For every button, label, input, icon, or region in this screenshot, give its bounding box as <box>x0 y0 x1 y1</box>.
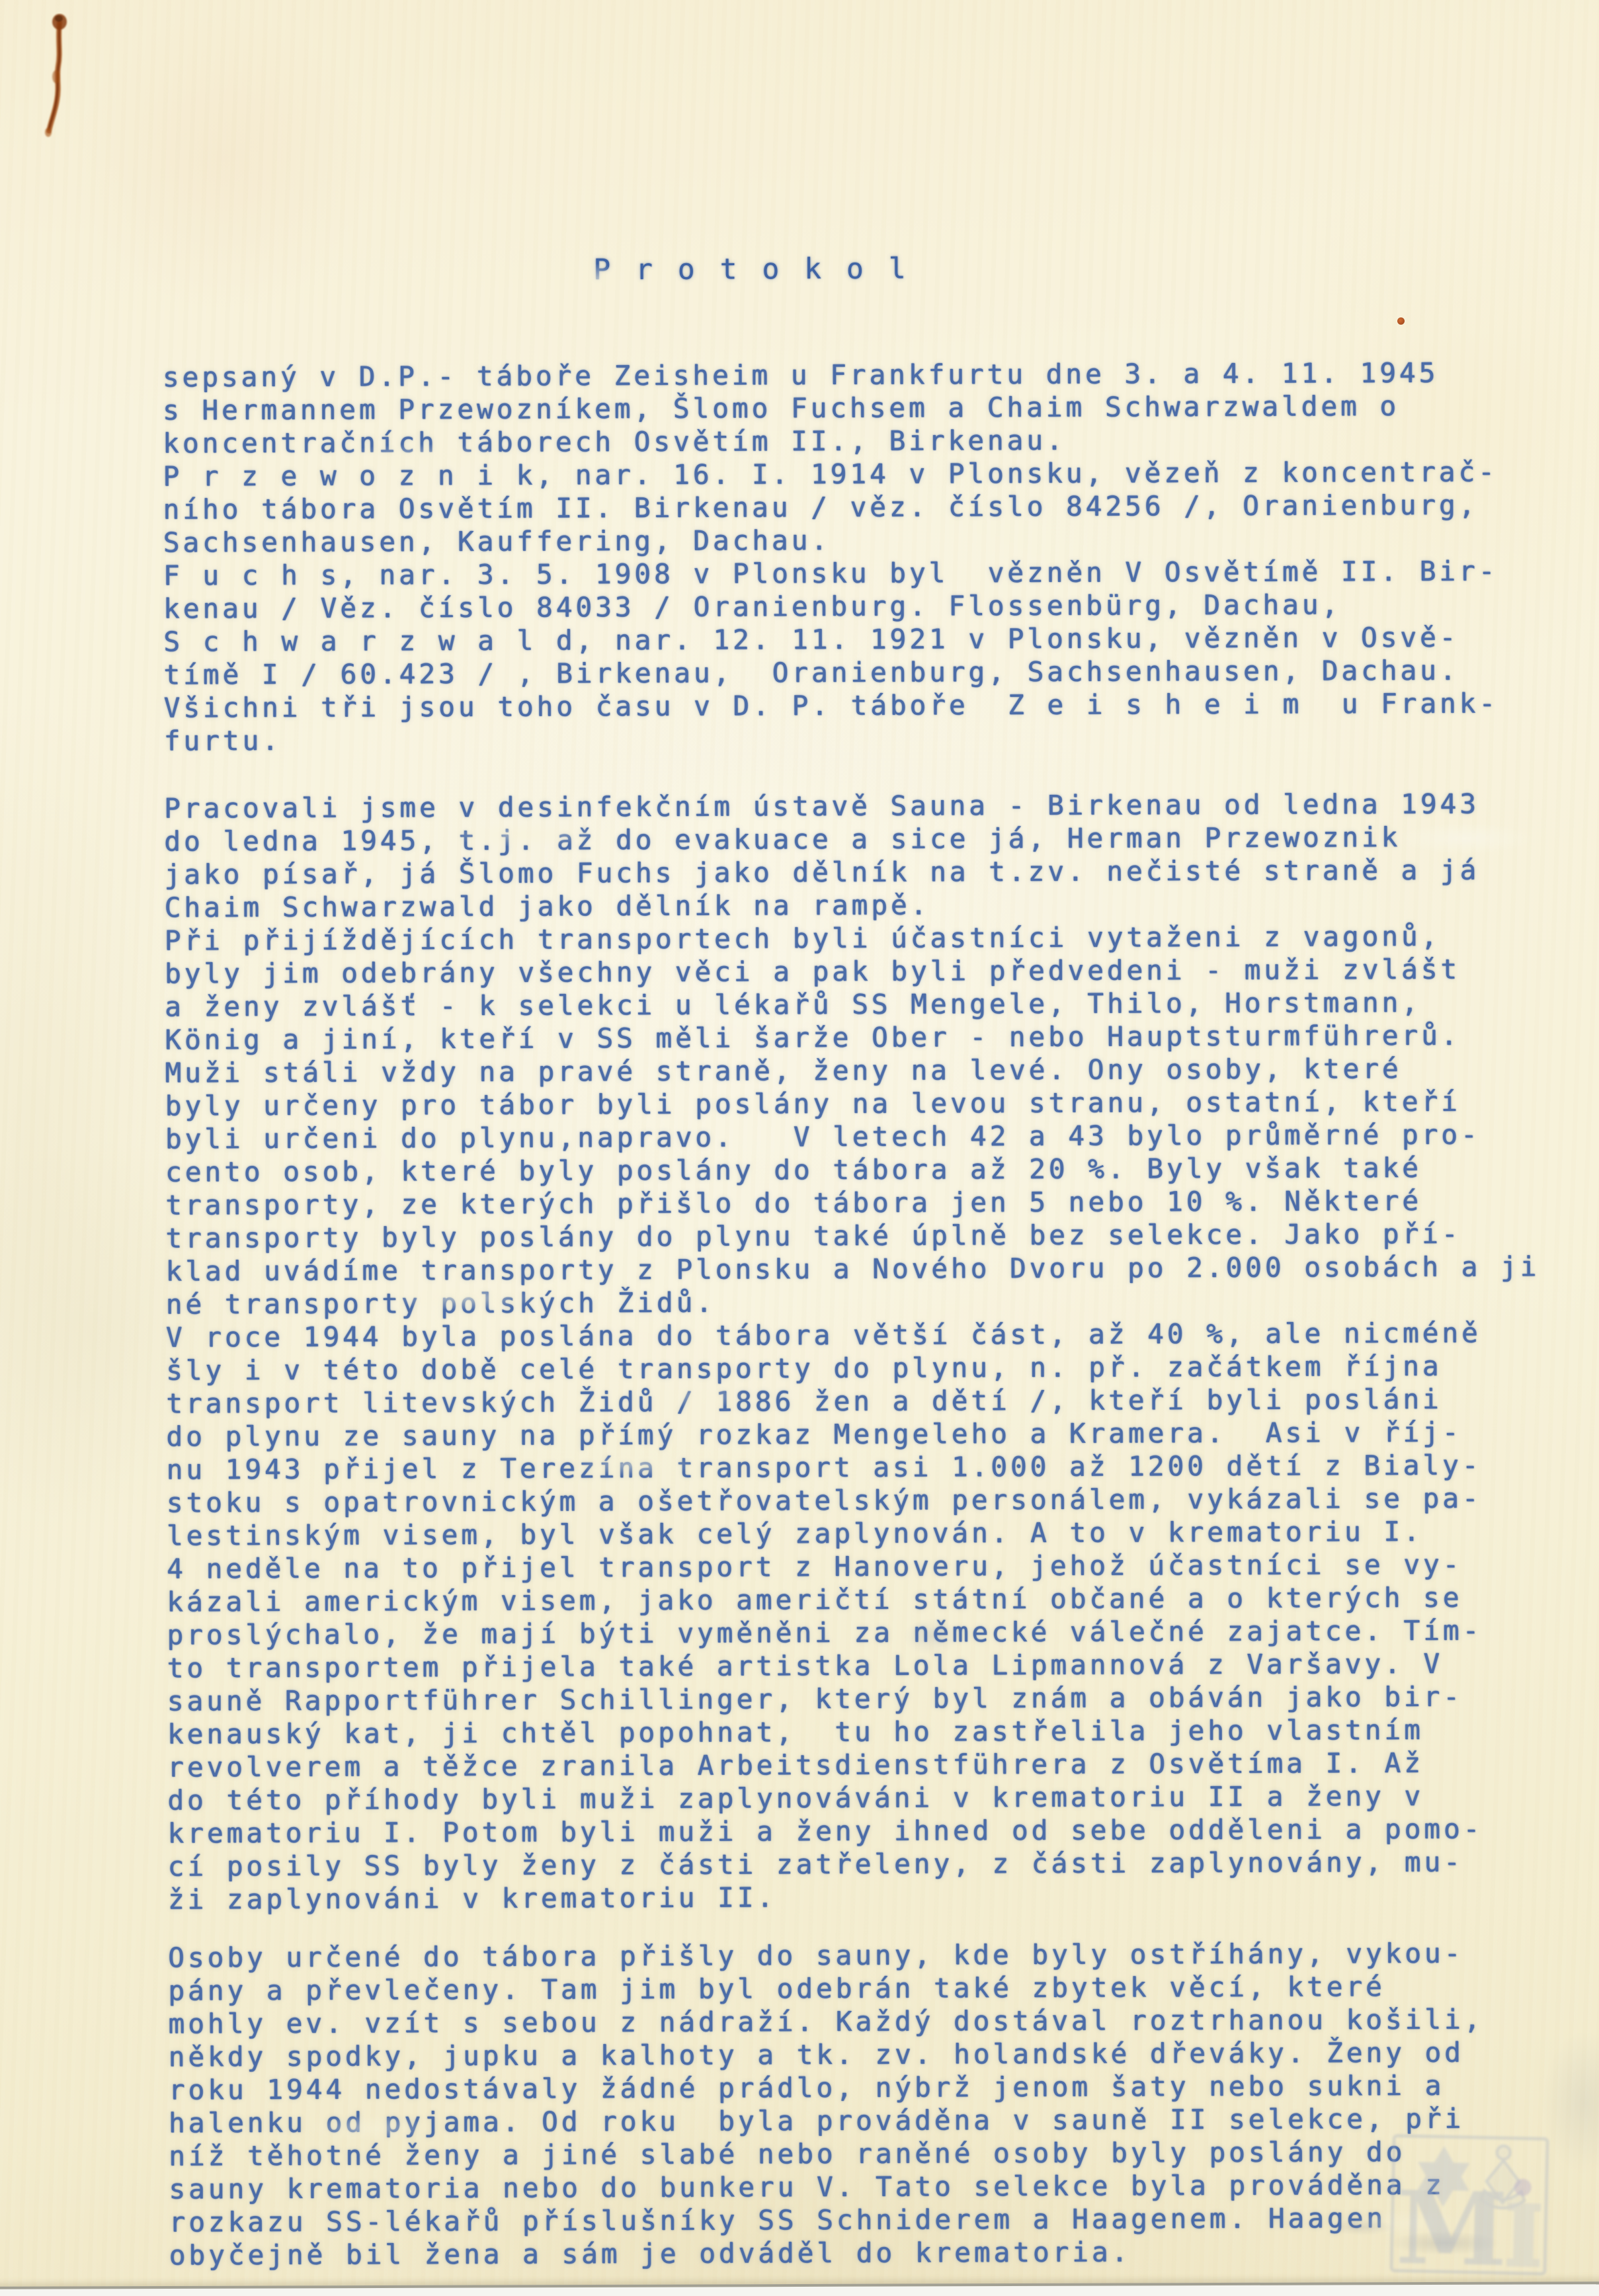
text-line: Chaim Schwarzwald jako dělník na rampě. <box>165 886 1539 924</box>
text-line: Pracovali jsme v desinfekčním ústavě Sau… <box>164 787 1538 825</box>
text-line: kenau / Věz. číslo 84033 / Oranienburg. … <box>163 588 1498 626</box>
text-line: transporty, ze kterých přišlo do tábora … <box>165 1184 1539 1221</box>
text-line: 4 neděle na to přijel transport z Hanove… <box>167 1547 1541 1585</box>
text-line: lestinským visem, byl však celý zaplynov… <box>167 1514 1541 1552</box>
text-line: Sachsenhausen, Kauffering, Dachau. <box>163 522 1498 559</box>
paragraph-header-witnesses: sepsaný v D.P.- táboře Zeisheim u Frankf… <box>163 356 1499 758</box>
text-line: byly určeny pro tábor byli poslány na le… <box>165 1085 1539 1122</box>
typewritten-text-layer: P r o t o k o l sepsaný v D.P.- táboře Z… <box>0 0 1599 2296</box>
document-title: P r o t o k o l <box>593 253 909 287</box>
text-line: Všichni tři jsou toho času v D. P. táboř… <box>164 687 1499 725</box>
text-line: F u c h s, nar. 3. 5. 1908 v Plonsku byl… <box>163 555 1498 593</box>
text-line: klad uvádíme transporty z Plonsku a Nové… <box>166 1250 1540 1288</box>
text-line: stoku s opatrovnickým a ošetřovatelským … <box>167 1481 1541 1519</box>
text-line: kenauský kat, ji chtěl popohnat, tu ho z… <box>167 1713 1541 1750</box>
text-line: krematoriu I. Potom byli muži a ženy ihn… <box>167 1812 1541 1850</box>
paragraph-testimony-transports: Pracovali jsme v desinfekčním ústavě Sau… <box>164 787 1542 1916</box>
text-line: furtu. <box>164 720 1499 758</box>
text-line: mohly ev. vzít s sebou z nádraží. Každý … <box>169 2003 1484 2041</box>
text-line: jako písař, já Šlomo Fuchs jako dělník n… <box>164 853 1538 891</box>
text-line: to transportem přijela také artistka Lol… <box>167 1647 1541 1684</box>
jewish-museum-stamp: M <box>1383 2126 1556 2288</box>
text-line: pány a převlečeny. Tam jim byl odebrán t… <box>168 1970 1483 2008</box>
text-line: a ženy zvlášť - k selekci u lékařů SS Me… <box>165 985 1539 1023</box>
text-line: proslýchalo, že mají býti vyměněni za ně… <box>167 1614 1541 1651</box>
text-line: Osoby určené do tábora přišly do sauny, … <box>168 1937 1483 1975</box>
stamp-letter-bar <box>1506 2203 1541 2267</box>
stamp-letter-m: M <box>1395 2168 1508 2289</box>
text-line: V roce 1944 byla poslána do tábora větší… <box>166 1316 1540 1354</box>
text-line: Muži stáli vždy na pravé straně, ženy na… <box>165 1051 1539 1089</box>
text-line: né transporty polských Židů. <box>166 1283 1540 1321</box>
text-line: nu 1943 přijel z Terezína transport asi … <box>167 1448 1541 1486</box>
text-line: Při přijíždějících transportech byli úča… <box>165 919 1539 957</box>
text-line: transporty byly poslány do plynu také úp… <box>165 1217 1539 1254</box>
text-line: ního tábora Osvětím II. Birkenau / věz. … <box>163 489 1498 526</box>
text-line: tímě I / 60.423 / , Birkenau, Oranienbur… <box>163 654 1498 692</box>
text-line: sepsaný v D.P.- táboře Zeisheim u Frankf… <box>163 356 1498 394</box>
text-line: někdy spodky, jupku a kalhoty a tk. zv. … <box>169 2036 1484 2074</box>
text-line: roku 1944 nedostávaly žádné prádlo, nýbr… <box>169 2069 1484 2107</box>
scanned-document-page: P r o t o k o l sepsaný v D.P.- táboře Z… <box>0 0 1599 2296</box>
text-line: ži zaplynováni v krematoriu II. <box>168 1878 1542 1916</box>
text-line: kázali americkým visem, jako američtí st… <box>167 1580 1541 1618</box>
text-line: P r z e w o z n i k, nar. 16. I. 1914 v … <box>163 456 1498 493</box>
text-line: koncentračních táborech Osvětím II., Bir… <box>163 423 1498 460</box>
text-line: cí posily SS byly ženy z části zatřeleny… <box>168 1845 1542 1883</box>
text-line: König a jiní, kteří v SS měli šarže Ober… <box>165 1018 1539 1056</box>
text-line: sauně Rapportführer Schillinger, který b… <box>167 1680 1541 1717</box>
paragraph-camp-procedure: Osoby určené do tábora přišly do sauny, … <box>168 1937 1485 2272</box>
text-line: obyčejně bil žena a sám je odváděl do kr… <box>169 2234 1485 2272</box>
text-line: s Hermannem Przewozníkem, Šlomo Fuchsem … <box>163 389 1498 427</box>
text-line: byly jim odebrány všechny věci a pak byl… <box>165 952 1539 990</box>
text-line: rozkazu SS-lékařů příslušníky SS Schnide… <box>169 2201 1485 2239</box>
text-line: do ledna 1945, t.j. až do evakuace a sic… <box>164 820 1538 858</box>
text-line: revolverem a těžce zranila Arbeitsdienst… <box>167 1746 1541 1783</box>
text-line: cento osob, které byly poslány do tábora… <box>165 1151 1539 1188</box>
text-line: transport litevských Židů / 1886 žen a d… <box>166 1382 1540 1420</box>
text-line: níž těhotné ženy a jiné slabé nebo raněn… <box>169 2135 1484 2173</box>
text-line: S c h w a r z w a l d, nar. 12. 11. 1921… <box>163 621 1498 659</box>
text-line: do této příhody byli muži zaplynováváni … <box>167 1779 1541 1817</box>
text-line: halenku od pyjama. Od roku byla prováděn… <box>169 2102 1484 2140</box>
text-line: byli určeni do plynu,napravo. V letech 4… <box>165 1118 1539 1155</box>
text-line: do plynu ze sauny na přímý rozkaz Mengel… <box>166 1415 1540 1453</box>
text-line: sauny krematoria nebo do bunkeru V. Tato… <box>169 2168 1484 2206</box>
text-line: šly i v této době celé transporty do ply… <box>166 1349 1540 1387</box>
